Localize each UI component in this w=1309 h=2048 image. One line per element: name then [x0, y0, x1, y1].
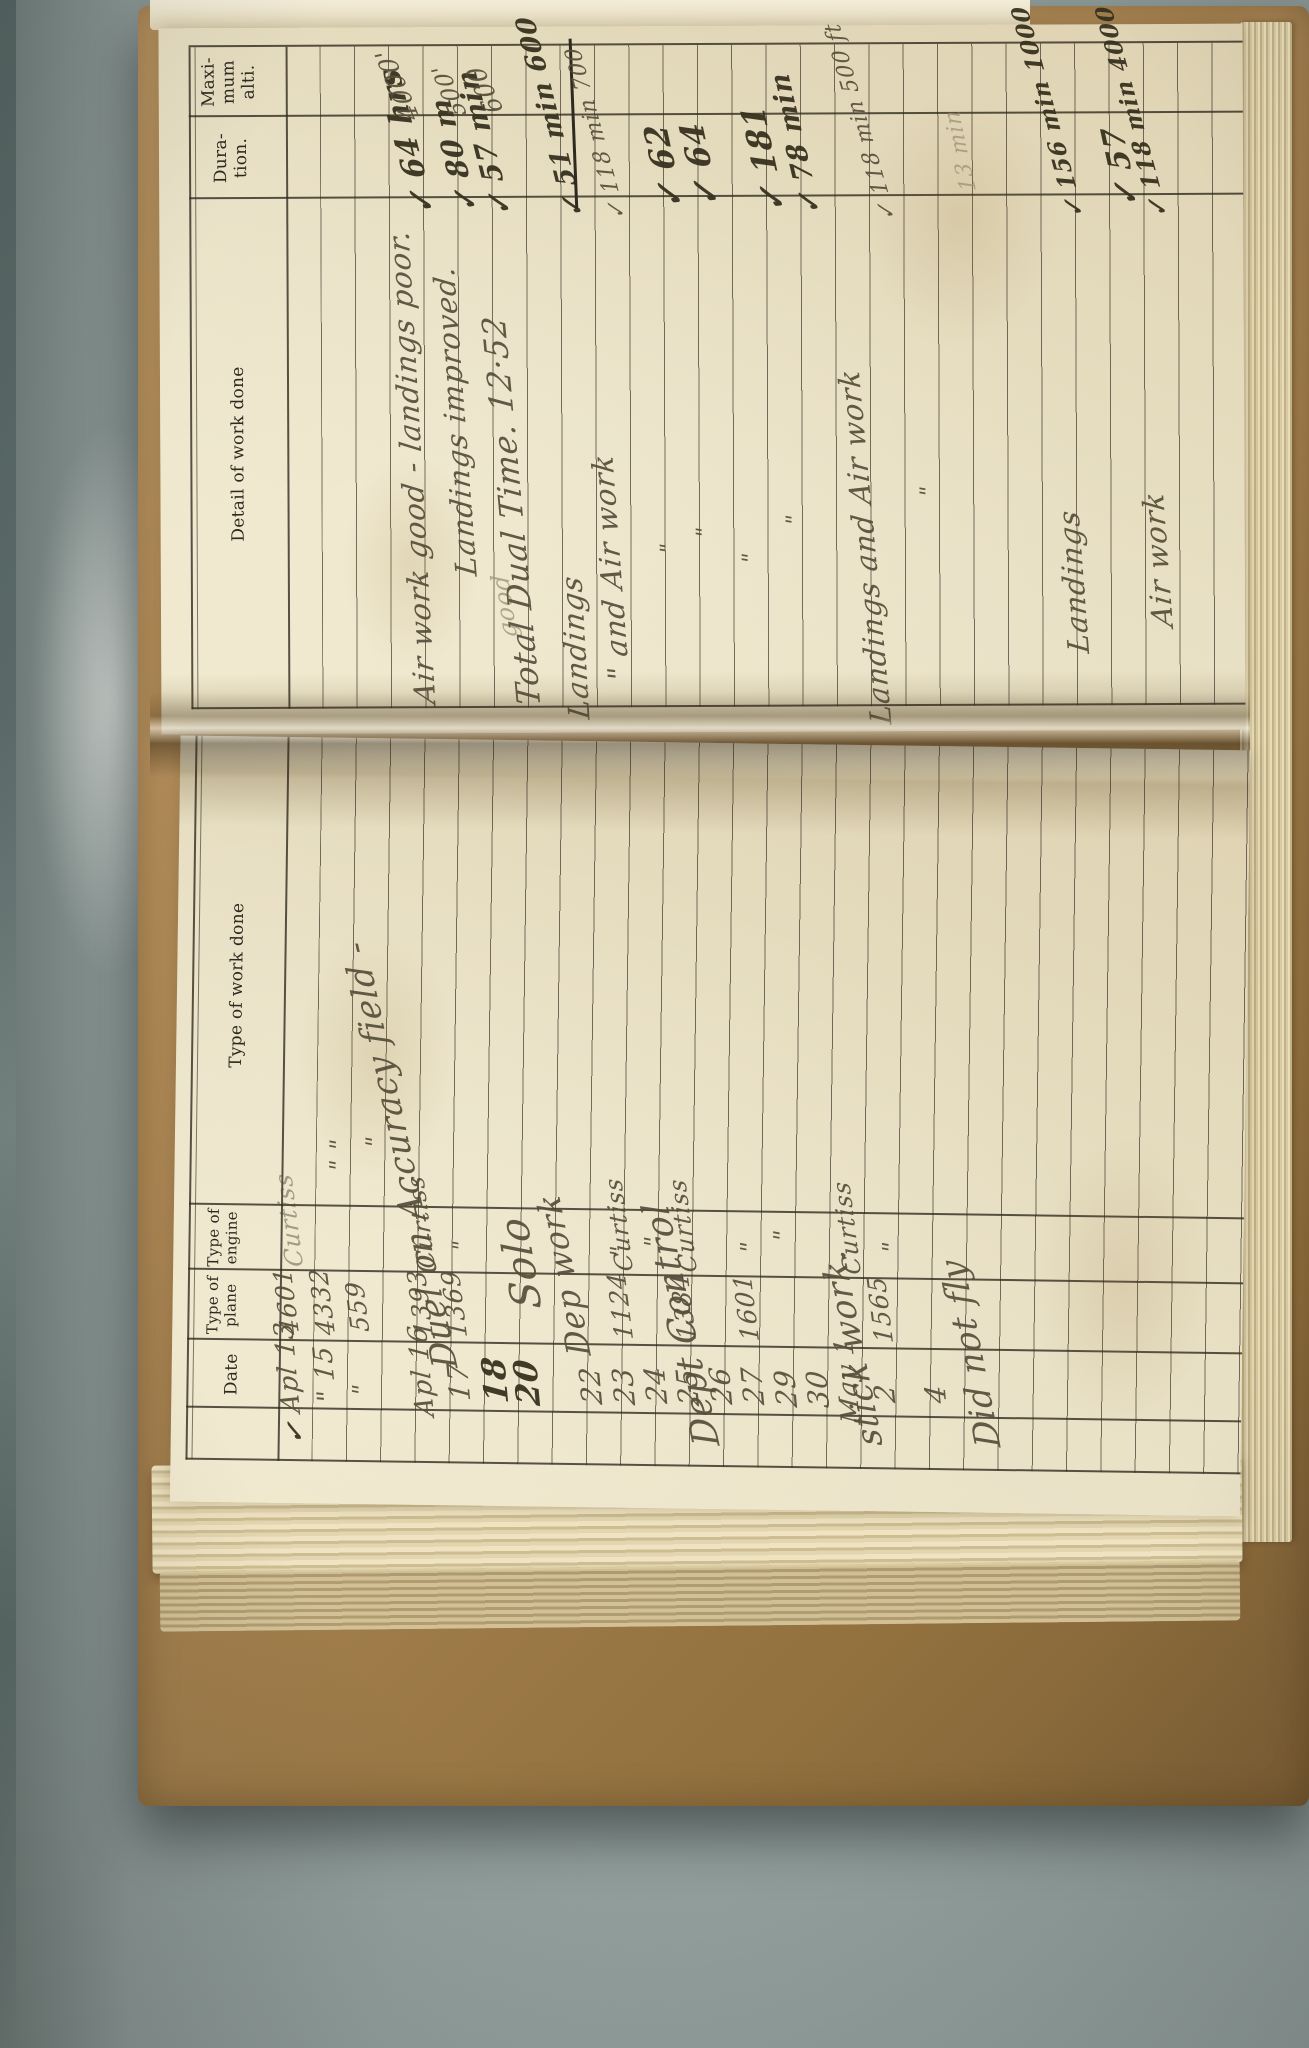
handwriting-entry: ✓ [283, 1420, 307, 1446]
table-border-top-double [195, 47, 199, 709]
handwriting-entry: 23 [609, 1366, 641, 1406]
left-page-wrapper: Date Type of plane Type of engine Type o… [170, 735, 1251, 1516]
handwriting-entry: 559 [342, 1281, 374, 1333]
header-separator [286, 47, 290, 709]
handwriting-entry: Landings [557, 574, 594, 720]
handwriting-entry: 4 [921, 1383, 951, 1404]
column-header-type-of-work-done: Type of work done [224, 765, 250, 1205]
left-page: Date Type of plane Type of engine Type o… [170, 735, 1251, 1516]
table-border-top [189, 47, 194, 709]
handwriting-entry: Curtiss [271, 1173, 307, 1268]
handwriting-entry: 4601 [269, 1267, 303, 1335]
column-header-type-of-engine: Type of engine [205, 1205, 241, 1270]
column-header-detail-of-work-done: Detail of work done [227, 199, 249, 709]
handwriting-entry: 27 [738, 1366, 770, 1406]
handwriting-entry: 30 [802, 1369, 834, 1409]
column-header-type-of-plane: Type of plane [204, 1270, 240, 1340]
page-block-fore-edge-bottom-lower [160, 1560, 1241, 1631]
handwriting-entry: 24 [641, 1365, 673, 1405]
handwriting-entry: 22 [576, 1366, 608, 1406]
column-header-date: Date [221, 1340, 242, 1408]
column-header-duration: Dura- tion. [211, 117, 251, 199]
handwriting-entry: " 15 [310, 1344, 342, 1403]
scanned-logbook-photo: { "scan": { "background_color": "#8d9a98… [0, 0, 1309, 2048]
right-page-wrapper: Detail of work done Dura- tion. Maxi- mu… [158, 24, 1245, 735]
handwriting-entry: " " [327, 1137, 351, 1174]
right-page: Detail of work done Dura- tion. Maxi- mu… [158, 24, 1245, 735]
handwriting-entry: 29 [770, 1368, 802, 1408]
column-header-maximum-alti: Maxi- mum alti. [199, 47, 259, 117]
scanner-bed-shadow-strip [0, 0, 16, 2048]
handwriting-entry: 20 [509, 1358, 546, 1407]
